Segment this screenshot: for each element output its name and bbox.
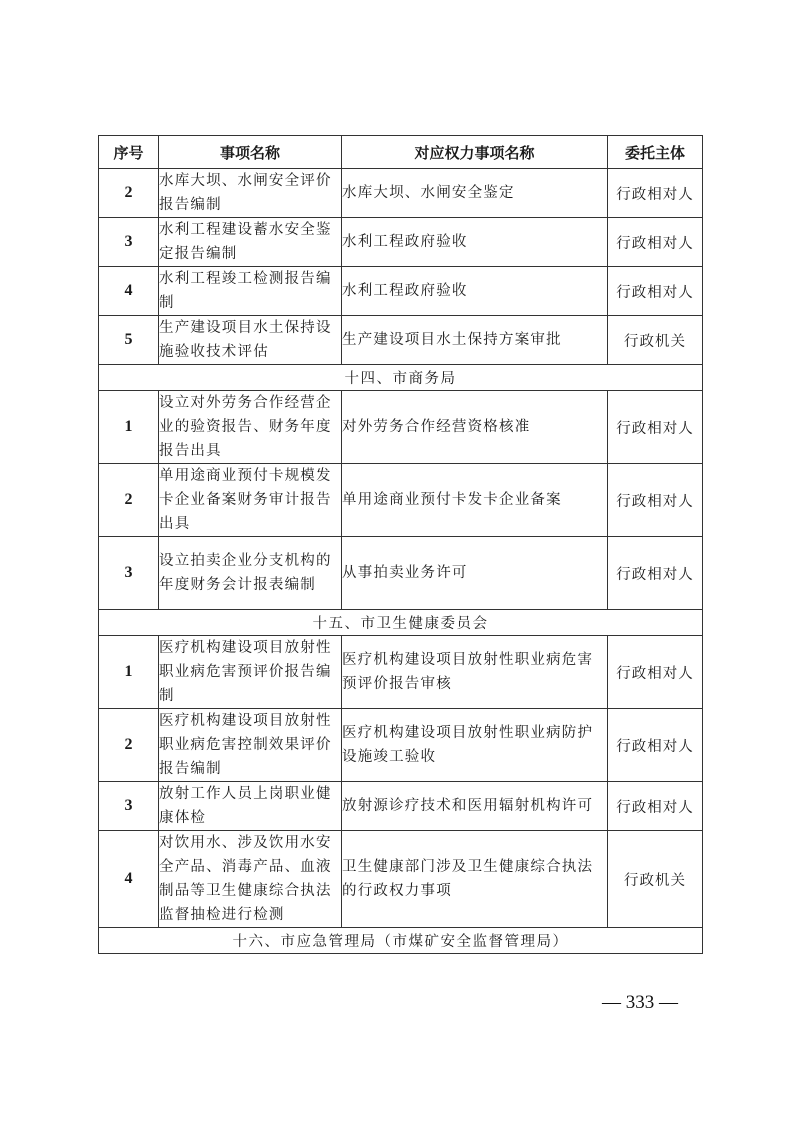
power-item-name: 单用途商业预付卡发卡企业备案 xyxy=(342,464,608,537)
row-number: 4 xyxy=(99,267,159,316)
delegated-subject: 行政相对人 xyxy=(608,636,703,709)
row-number: 5 xyxy=(99,316,159,365)
table-header-row: 序号 事项名称 对应权力事项名称 委托主体 xyxy=(99,136,703,169)
power-item-name: 医疗机构建设项目放射性职业病防护设施竣工验收 xyxy=(342,709,608,782)
table-row: 1 医疗机构建设项目放射性职业病危害预评价报告编制 医疗机构建设项目放射性职业病… xyxy=(99,636,703,709)
item-name: 医疗机构建设项目放射性职业病危害控制效果评价报告编制 xyxy=(159,709,342,782)
delegated-subject: 行政相对人 xyxy=(608,169,703,218)
power-item-name: 医疗机构建设项目放射性职业病危害预评价报告审核 xyxy=(342,636,608,709)
power-item-name: 水利工程政府验收 xyxy=(342,218,608,267)
row-number: 2 xyxy=(99,709,159,782)
delegation-table: 序号 事项名称 对应权力事项名称 委托主体 2 水库大坝、水闸安全评价报告编制 … xyxy=(98,135,703,954)
delegated-subject: 行政相对人 xyxy=(608,218,703,267)
power-item-name: 生产建设项目水土保持方案审批 xyxy=(342,316,608,365)
table-row: 4 对饮用水、涉及饮用水安全产品、消毒产品、血液制品等卫生健康综合执法监督抽检进… xyxy=(99,831,703,928)
power-item-name: 对外劳务合作经营资格核准 xyxy=(342,391,608,464)
item-name: 生产建设项目水土保持设施验收技术评估 xyxy=(159,316,342,365)
row-number: 2 xyxy=(99,464,159,537)
delegated-subject: 行政相对人 xyxy=(608,267,703,316)
row-number: 4 xyxy=(99,831,159,928)
document-page: 序号 事项名称 对应权力事项名称 委托主体 2 水库大坝、水闸安全评价报告编制 … xyxy=(0,0,793,1122)
row-number: 3 xyxy=(99,218,159,267)
table-row: 2 单用途商业预付卡规模发卡企业备案财务审计报告出具 单用途商业预付卡发卡企业备… xyxy=(99,464,703,537)
table-row: 3 设立拍卖企业分支机构的年度财务会计报表编制 从事拍卖业务许可 行政相对人 xyxy=(99,537,703,610)
power-item-name: 从事拍卖业务许可 xyxy=(342,537,608,610)
section-header-row: 十五、市卫生健康委员会 xyxy=(99,610,703,636)
delegated-subject: 行政相对人 xyxy=(608,782,703,831)
item-name: 对饮用水、涉及饮用水安全产品、消毒产品、血液制品等卫生健康综合执法监督抽检进行检… xyxy=(159,831,342,928)
delegated-subject: 行政机关 xyxy=(608,316,703,365)
item-name: 放射工作人员上岗职业健康体检 xyxy=(159,782,342,831)
row-number: 3 xyxy=(99,537,159,610)
delegated-subject: 行政相对人 xyxy=(608,709,703,782)
section-header-row: 十六、市应急管理局（市煤矿安全监督管理局） xyxy=(99,928,703,954)
item-name: 医疗机构建设项目放射性职业病危害预评价报告编制 xyxy=(159,636,342,709)
power-item-name: 水库大坝、水闸安全鉴定 xyxy=(342,169,608,218)
header-delegated-subject: 委托主体 xyxy=(608,136,703,169)
section-title: 十六、市应急管理局（市煤矿安全监督管理局） xyxy=(99,928,703,954)
item-name: 单用途商业预付卡规模发卡企业备案财务审计报告出具 xyxy=(159,464,342,537)
delegated-subject: 行政相对人 xyxy=(608,537,703,610)
section-title: 十四、市商务局 xyxy=(99,365,703,391)
table-row: 1 设立对外劳务合作经营企业的验资报告、财务年度报告出具 对外劳务合作经营资格核… xyxy=(99,391,703,464)
header-seq: 序号 xyxy=(99,136,159,169)
header-item-name: 事项名称 xyxy=(159,136,342,169)
delegated-subject: 行政相对人 xyxy=(608,391,703,464)
power-item-name: 卫生健康部门涉及卫生健康综合执法的行政权力事项 xyxy=(342,831,608,928)
item-name: 设立对外劳务合作经营企业的验资报告、财务年度报告出具 xyxy=(159,391,342,464)
row-number: 1 xyxy=(99,391,159,464)
item-name: 水库大坝、水闸安全评价报告编制 xyxy=(159,169,342,218)
delegated-subject: 行政相对人 xyxy=(608,464,703,537)
page-number: — 333 — xyxy=(590,992,690,1014)
table-row: 5 生产建设项目水土保持设施验收技术评估 生产建设项目水土保持方案审批 行政机关 xyxy=(99,316,703,365)
delegated-subject: 行政机关 xyxy=(608,831,703,928)
row-number: 3 xyxy=(99,782,159,831)
item-name: 水利工程竣工检测报告编制 xyxy=(159,267,342,316)
section-title: 十五、市卫生健康委员会 xyxy=(99,610,703,636)
table-row: 3 水利工程建设蓄水安全鉴定报告编制 水利工程政府验收 行政相对人 xyxy=(99,218,703,267)
power-item-name: 水利工程政府验收 xyxy=(342,267,608,316)
header-power-item-name: 对应权力事项名称 xyxy=(342,136,608,169)
section-header-row: 十四、市商务局 xyxy=(99,365,703,391)
row-number: 2 xyxy=(99,169,159,218)
table-row: 4 水利工程竣工检测报告编制 水利工程政府验收 行政相对人 xyxy=(99,267,703,316)
row-number: 1 xyxy=(99,636,159,709)
table-body: 2 水库大坝、水闸安全评价报告编制 水库大坝、水闸安全鉴定 行政相对人 3 水利… xyxy=(99,169,703,954)
power-item-name: 放射源诊疗技术和医用辐射机构许可 xyxy=(342,782,608,831)
table-row: 3 放射工作人员上岗职业健康体检 放射源诊疗技术和医用辐射机构许可 行政相对人 xyxy=(99,782,703,831)
item-name: 水利工程建设蓄水安全鉴定报告编制 xyxy=(159,218,342,267)
item-name: 设立拍卖企业分支机构的年度财务会计报表编制 xyxy=(159,537,342,610)
table-row: 2 水库大坝、水闸安全评价报告编制 水库大坝、水闸安全鉴定 行政相对人 xyxy=(99,169,703,218)
table-row: 2 医疗机构建设项目放射性职业病危害控制效果评价报告编制 医疗机构建设项目放射性… xyxy=(99,709,703,782)
